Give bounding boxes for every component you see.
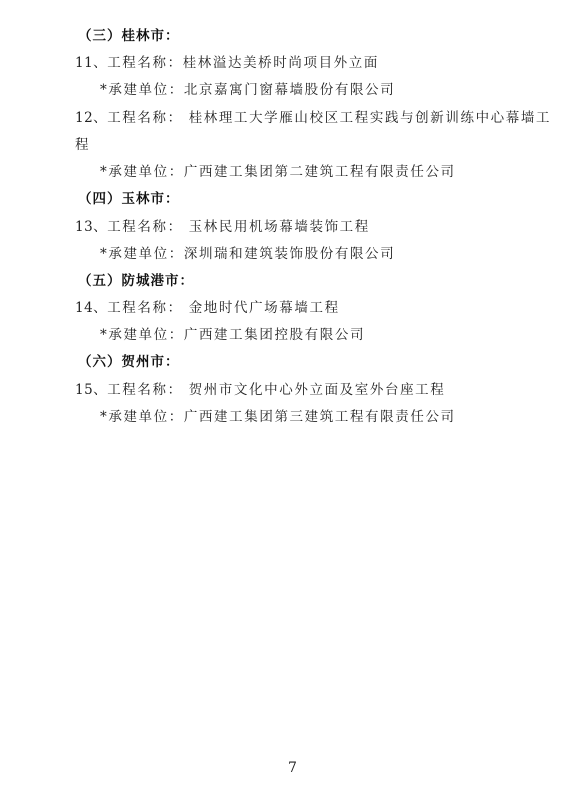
project-number: 12、	[75, 110, 107, 126]
contractor-name: 广西建工集团第三建筑工程有限责任公司	[184, 409, 456, 425]
project-item-15: 15、工程名称：贺州市文化中心外立面及室外台座工程	[75, 380, 445, 400]
section-heading-guilin: （三）桂林市：	[78, 26, 180, 46]
project-item-12: 12、工程名称：桂林理工大学雁山校区工程实践与创新训练中心幕墙工	[75, 108, 551, 128]
contractor-label: *承建单位：	[100, 82, 184, 98]
page-number: 7	[0, 758, 585, 778]
project-name-label: 工程名称：	[107, 110, 183, 126]
contractor-line-14: *承建单位：广西建工集团控股有限公司	[100, 325, 365, 345]
contractor-name: 广西建工集团控股有限公司	[184, 327, 365, 343]
project-name: 金地时代广场幕墙工程	[189, 300, 340, 316]
contractor-name: 北京嘉寓门窗幕墙股份有限公司	[184, 82, 395, 98]
project-number: 13、	[75, 219, 107, 235]
project-name-label: 工程名称：	[107, 55, 183, 71]
contractor-label: *承建单位：	[100, 164, 184, 180]
project-item-14: 14、工程名称：金地时代广场幕墙工程	[75, 298, 340, 318]
project-item-13: 13、工程名称：玉林民用机场幕墙装饰工程	[75, 217, 370, 237]
contractor-label: *承建单位：	[100, 246, 184, 262]
contractor-line-13: *承建单位：深圳瑞和建筑装饰股份有限公司	[100, 244, 395, 264]
project-item-11: 11、工程名称：桂林溢达美桥时尚项目外立面	[75, 53, 379, 73]
project-name: 桂林理工大学雁山校区工程实践与创新训练中心幕墙工	[189, 110, 551, 126]
project-name: 桂林溢达美桥时尚项目外立面	[183, 55, 379, 71]
project-number: 14、	[75, 300, 107, 316]
project-name-label: 工程名称：	[107, 382, 183, 398]
project-name-label: 工程名称：	[107, 300, 183, 316]
section-heading-hezhou: （六）贺州市：	[78, 352, 180, 372]
contractor-line-15: *承建单位：广西建工集团第三建筑工程有限责任公司	[100, 407, 456, 427]
section-heading-fangchenggang: （五）防城港市：	[78, 271, 194, 291]
project-number: 15、	[75, 382, 107, 398]
project-name: 贺州市文化中心外立面及室外台座工程	[189, 382, 446, 398]
project-name: 玉林民用机场幕墙装饰工程	[189, 219, 370, 235]
contractor-label: *承建单位：	[100, 327, 184, 343]
contractor-line-11: *承建单位：北京嘉寓门窗幕墙股份有限公司	[100, 80, 395, 100]
contractor-name: 广西建工集团第二建筑工程有限责任公司	[184, 164, 456, 180]
project-number: 11、	[75, 55, 107, 71]
project-name-label: 工程名称：	[107, 219, 183, 235]
project-name-wrap-12: 程	[75, 135, 90, 155]
contractor-label: *承建单位：	[100, 409, 184, 425]
document-page: （三）桂林市： 11、工程名称：桂林溢达美桥时尚项目外立面 *承建单位：北京嘉寓…	[0, 0, 585, 789]
section-heading-yulin: （四）玉林市：	[78, 189, 180, 209]
contractor-line-12: *承建单位：广西建工集团第二建筑工程有限责任公司	[100, 162, 456, 182]
contractor-name: 深圳瑞和建筑装饰股份有限公司	[184, 246, 395, 262]
